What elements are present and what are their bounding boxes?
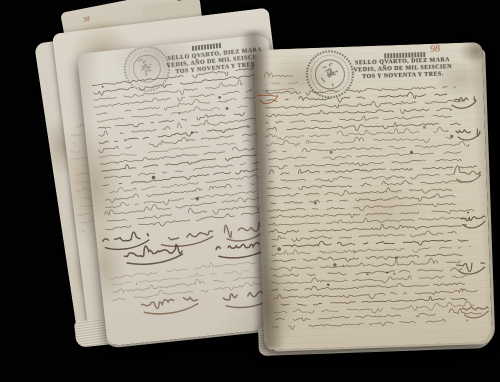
manuscript-photo: 38 SELLO QVARTO, DIEZ MARA VEDIS, AÑO DE… bbox=[0, 0, 500, 382]
folio-number: 98 bbox=[429, 43, 440, 55]
page-right: 98 SELLO QVARTO, DIEZ MARA VEDIS, AÑO DE… bbox=[254, 42, 492, 350]
handwriting-right-page bbox=[254, 42, 492, 350]
sello-printed-header-right: SELLO QVARTO, DIEZ MARA VEDIS, AÑO DE MI… bbox=[348, 57, 457, 82]
archival-red-mark: 38 bbox=[82, 15, 90, 24]
